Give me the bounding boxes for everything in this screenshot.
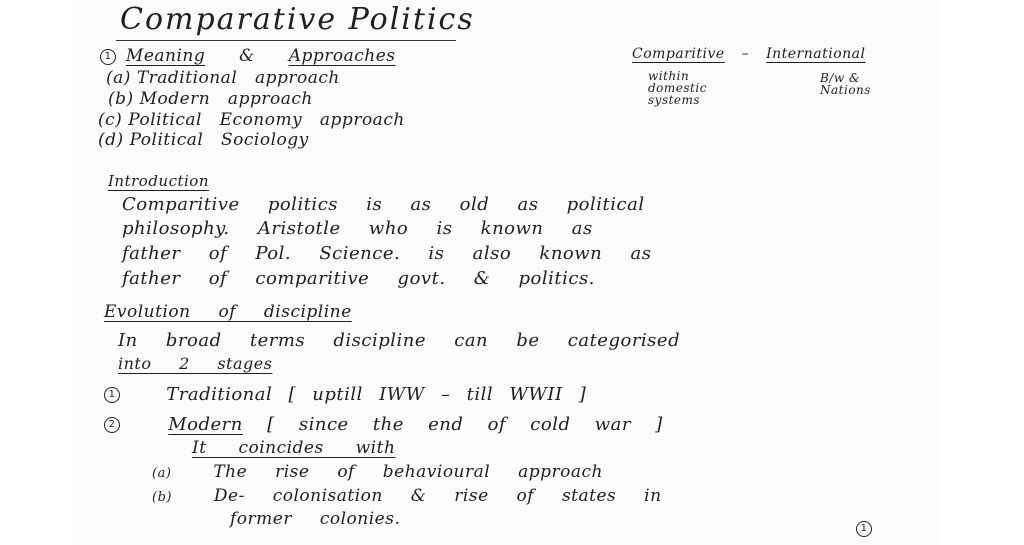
dash: – [742,46,750,62]
list-text: The rise of behavioural approach [213,462,603,482]
approach-item: (b) Modern approach [108,89,313,109]
approach-item: (c) Political Economy approach [98,110,405,130]
heading-amp: & [239,46,255,66]
section-meaning-approaches: 1 Meaning & Approaches [100,46,395,66]
evolution-heading: Evolution of discipline [104,302,352,322]
comparitive-desc: within domestic systems [648,70,707,106]
number-circle-icon: 1 [100,49,116,65]
side-note-heading: Comparitive – International [632,46,866,62]
list-marker: (a) [152,466,171,481]
evolution-line: In broad terms discipline can be categor… [118,330,680,351]
list-text: Traditional approach [137,68,340,88]
list-text: Political Economy approach [128,110,405,130]
desc-line: Nations [820,84,871,96]
list-text: De- colonisation & rise of states in [214,486,662,506]
international-label: International [766,46,865,62]
list-marker: (c) [98,110,122,130]
heading-meaning: Meaning [126,46,205,66]
approach-item: (d) Political Sociology [98,130,309,150]
page-title: Comparative Politics [120,2,475,37]
stage-item: 1 Traditional [ uptill IWW – till WWII ] [104,384,586,405]
notebook-page: Comparative Politics 1 Meaning & Approac… [72,0,940,545]
coincide-heading: It coincides with [192,438,395,458]
list-marker: (a) [106,68,131,88]
coincide-item: (b) De- colonisation & rise of states in [152,486,662,506]
comparitive-label: Comparitive [632,46,725,62]
heading-approaches: Approaches [289,46,396,66]
coincide-item: (a) The rise of behavioural approach [152,462,603,482]
list-text: Political Sociology [130,130,309,150]
list-marker: (b) [152,490,172,505]
title-underline [116,40,456,41]
stage-name: Modern [168,414,243,435]
desc-line: systems [648,94,707,106]
intro-line: father of comparitive govt. & politics. [122,268,595,289]
coincide-continuation: former colonies. [230,509,400,529]
stage-item: 2 Modern [ since the end of cold war ] [104,414,663,435]
approach-item: (a) Traditional approach [106,68,340,88]
evolution-subline: into 2 stages [118,354,272,373]
number-circle-icon: 2 [104,417,120,433]
number-circle-icon: 1 [856,521,872,537]
stage-name: Traditional [166,384,272,405]
list-text: Modern approach [140,89,313,109]
list-marker: (b) [108,89,134,109]
intro-line: Comparitive politics is as old as politi… [122,194,645,215]
number-circle-icon: 1 [104,387,120,403]
intro-line: father of Pol. Science. is also known as [122,243,651,264]
stage-note: [ uptill IWW – till WWII ] [289,384,587,405]
page-number: 1 [856,518,876,537]
list-marker: (d) [98,130,124,150]
introduction-heading: Introduction [108,172,209,190]
international-desc: B/w & Nations [820,72,871,96]
stage-note: [ since the end of cold war ] [267,414,663,435]
intro-line: philosophy. Aristotle who is known as [122,218,593,239]
